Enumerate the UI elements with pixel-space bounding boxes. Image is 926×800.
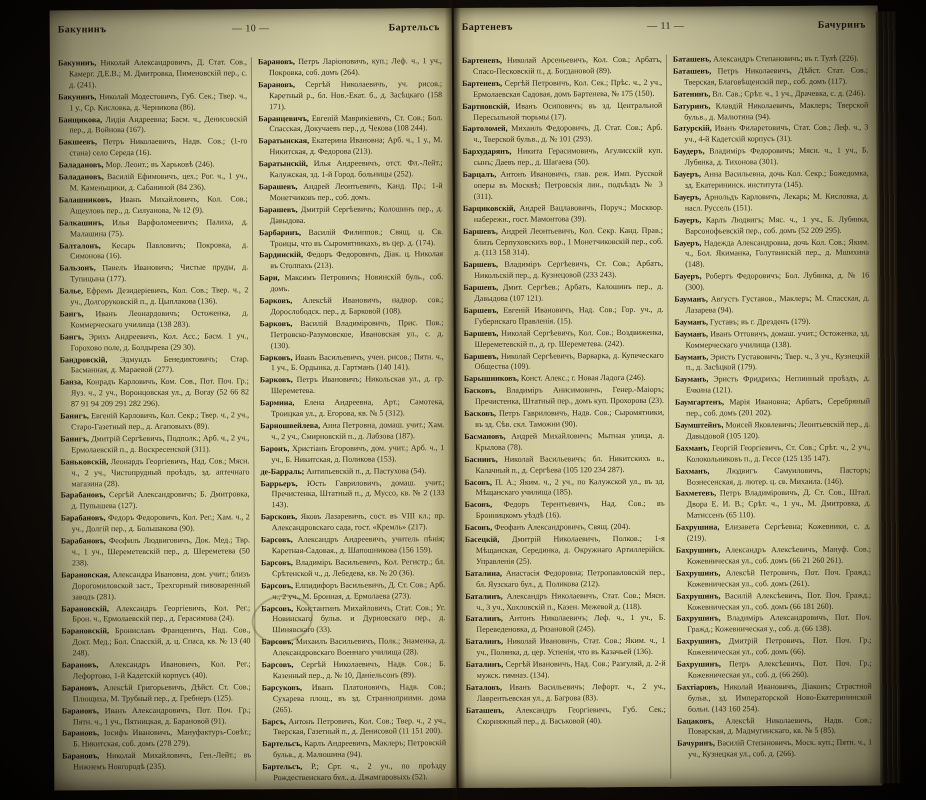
entry-surname: Бартельсъ, — [262, 762, 302, 771]
directory-entry: Барциковскій, Андрей Вацлавовичъ, Поруч.… — [463, 203, 663, 226]
entry-surname: Бацаковъ, — [677, 716, 714, 725]
entry-surname: Бартеневъ, — [462, 56, 502, 65]
right-page-columns: Бартеневъ, Николай Арсеньевичъ, Кол. Сов… — [454, 49, 882, 780]
entry-surname: Батурскій, — [673, 124, 711, 133]
directory-entry: Балье, Ефремъ Дезидеріевичъ, Кол. Сов.; … — [59, 285, 248, 308]
entry-details: Густавъ; въ г. Дрезденъ (179). — [708, 317, 811, 327]
entry-details: Эристъ Фридрихъ; Неглинный проѣздъ, д. Е… — [686, 374, 870, 395]
directory-entry: Бахрушинъ, Петръ Алексѣевичъ, Пот. Поч. … — [677, 659, 872, 682]
entry-surname: Бауманъ, — [674, 295, 708, 304]
entry-details: Владиміръ Федоровичъ; Мясн. ч., 1 уч., Б… — [685, 146, 869, 167]
entry-surname: Баладановъ, — [59, 160, 104, 169]
entry-surname: Бакунинъ, — [58, 58, 96, 67]
directory-entry: Бартеневъ, Николай Арсеньевичъ, Кол. Сов… — [462, 55, 662, 78]
entry-surname: Барсовъ, — [261, 604, 293, 613]
directory-entry: Бахрушина, Елизавета Сергѣевна; Кожевник… — [676, 522, 871, 545]
directory-entry: Барковъ, Алексѣй Ивановичъ, надвор. сов.… — [259, 295, 443, 318]
entry-surname: Баталовъ, — [466, 683, 502, 692]
book-spread: Бакунинъ — 10 — Бартельсъ Бакунинъ, Нико… — [0, 0, 926, 800]
entry-surname: Барковъ, — [260, 375, 293, 384]
directory-entry: Балкашинъ, Илья Варфоломеевичъ; Палиха, … — [59, 217, 248, 240]
entry-surname: Барношвейлева, — [260, 421, 320, 430]
entry-surname: Бауманъ, — [675, 317, 709, 326]
directory-entry: Барбаринъ, Василій Филиппов.; Свящ. ц. С… — [259, 227, 443, 250]
directory-entry: Бацаковъ, Алексѣй Николаевичъ, Надв. Сов… — [677, 715, 872, 738]
entry-surname: Бауманъ, — [675, 329, 709, 338]
directory-entry: де-Барраль; Антипьевскій п., д. Пастухов… — [260, 466, 444, 478]
directory-entry: Балталонъ, Кесарь Павловичъ; Покровка, д… — [59, 240, 248, 263]
entry-details: Александръ Андреевичъ, учитель пѣнія; Ка… — [272, 534, 445, 555]
entry-details: Антонъ Петровичъ, Кол. Сов.; Твер. ч., 2… — [273, 716, 446, 737]
entry-details: Евгеній Ивановичъ, Над. Сов.; Гор. уч., … — [474, 305, 663, 326]
entry-surname: Бахметевъ, — [676, 489, 717, 498]
entry-details: Вл. Сав.; Срѣт. ч., 1 уч., Драчевка, с. … — [710, 88, 865, 98]
right-page-column-1: Бартеневъ, Николай Арсеньевичъ, Кол. Сов… — [460, 55, 670, 780]
directory-entry: Бачуринъ, Василій Степановичъ, Моск. куп… — [677, 738, 872, 761]
entry-details: Ефремъ Дезидеріевичъ, Кол. Сов.; Твер. ч… — [70, 285, 248, 306]
entry-surname: Барановская, — [61, 570, 110, 579]
directory-entry: Барабановъ, Федоръ Федоровичъ, Кол. Рег.… — [61, 513, 250, 536]
directory-entry: Бахтіаровъ, Николай Ивановичъ, Діаконъ; … — [677, 681, 872, 715]
right-page: Бартеневъ — 11 — Бачуринъ Бартеневъ, Ник… — [454, 5, 883, 788]
directory-entry: Барсовъ, Сергѣй Николаевичъ, Надв. Сов.;… — [262, 659, 446, 682]
entry-surname: Банигъ, — [60, 411, 89, 420]
directory-entry: Баррьеръ, Юсть Гавриловичъ, домаш. учит.… — [260, 478, 444, 512]
entry-surname: Бархударянъ, — [462, 147, 511, 156]
entry-details: Николай Ивановичъ, Стат. Сов.; Яким. ч.,… — [477, 636, 666, 657]
entry-surname: Бахрушинъ, — [676, 545, 720, 554]
entry-details: Конрадъ Карловичъ, Ком. Сов., Пот. Поч. … — [71, 377, 249, 409]
entry-surname: Баршевъ, — [463, 283, 498, 292]
entry-surname: Баташевъ, — [673, 66, 711, 75]
entry-details: Николай Модестовичъ, Губ. Сек.; Твер. ч.… — [69, 91, 247, 112]
entry-details: Іосифъ Ивановичъ, Мануфактуръ-Совѣт.; Б.… — [73, 728, 251, 749]
directory-entry: Баталина, Анастасія Федоровна; Петропавл… — [465, 568, 665, 591]
directory-entry: Барышниковъ, Конст. Алекс.; г. Новая Лад… — [464, 373, 664, 385]
directory-entry: Бахманъ, Людвигъ Самуиловичъ, Пасторъ; В… — [675, 465, 870, 488]
entry-details: Анастасія Федоровна; Петропавловскій пер… — [476, 568, 665, 589]
entry-surname: Бахрушина, — [676, 523, 720, 532]
directory-entry: Бакунинъ, Николай Модестовичъ, Губ. Сек.… — [58, 91, 247, 114]
entry-surname: Барцалъ, — [463, 170, 497, 179]
left-page: Бакунинъ — 10 — Бартельсъ Бакунинъ, Нико… — [50, 8, 457, 790]
entry-details: Василій Владиміровичъ, Прис. Пов.; Петро… — [271, 318, 444, 350]
entry-surname: Батенинъ, — [673, 89, 710, 98]
directory-entry: Бахрушинъ, Владиміръ Александровичъ, Пот… — [676, 613, 871, 636]
directory-entry: Бауманъ, Августъ Густавов., Маклеръ; М. … — [674, 294, 869, 317]
entry-surname: Барсъ, — [262, 717, 286, 726]
entry-surname: Баньковскій, — [60, 457, 108, 466]
entry-details: Евгеній Карловичъ, Кол. Секр.; Твер. ч.,… — [71, 410, 249, 431]
directory-entry: Баташевъ, Александръ Степановичъ; въ г. … — [673, 54, 868, 66]
entry-details: Сергѣй Николаевичъ, уч. рисов.; Каретный… — [269, 79, 442, 111]
directory-entry: Барановъ, Петръ Ларіоновичъ, куп.; Леф. … — [258, 56, 442, 79]
directory-entry: Баратынская, Екатерина Ивановна; Арб. ч.… — [258, 135, 442, 158]
directory-entry: Барашевъ, Андрей Леонтьевичъ, Канд. Пр.;… — [259, 181, 443, 204]
directory-entry: Бакшеевъ, Петръ Николаевичъ, Надв. Сов.;… — [58, 137, 247, 160]
directory-entry: Барашевъ, Дмитрій Сергѣевичъ; Колошинъ п… — [259, 204, 443, 227]
entry-surname: Басовъ, — [465, 523, 492, 532]
directory-entry: Баранцевичъ, Евгеній Маврикіевичъ, Ст. С… — [258, 113, 442, 136]
directory-entry: Бахманъ, Георгій Георгіевичъ, Ст. Сов.; … — [675, 442, 870, 465]
entry-surname: Бахтіаровъ, — [677, 682, 719, 691]
directory-entry: Барановскій, Александръ Георгіевичъ, Кол… — [61, 603, 250, 626]
running-head-right: Бартельсъ — [389, 22, 440, 33]
directory-entry: Барсовъ, Владиміръ Васильевичъ, Кол. Рег… — [261, 557, 445, 580]
entry-details: П. А.; Яким. ч., 2 уч., по Калужской ул.… — [476, 476, 665, 497]
entry-details: Клавдій Николаевичъ, Маклеръ; Тверской б… — [684, 100, 868, 121]
entry-surname: Баррьеръ, — [260, 479, 297, 488]
entry-surname: Бартоломей, — [462, 124, 507, 133]
directory-entry: Басковъ, Владиміръ Анисимовичъ, Генер.-М… — [464, 385, 664, 408]
entry-surname: Барсовъ, — [261, 581, 293, 590]
directory-entry: Барцалъ, Антонъ Ивановичъ, глав. реж. Им… — [463, 169, 663, 203]
entry-surname: Барановъ, — [62, 683, 99, 692]
entry-surname: Бакунинъ, — [58, 92, 96, 101]
directory-entry: Баршевъ, Владиміръ Сергѣевичъ, Ст. Сов.;… — [463, 259, 663, 282]
directory-entry: Баньковскій, Леонардъ Георгіевичъ, Над. … — [60, 456, 249, 490]
entry-details: Елена Андреевна, Арт.; Самотека, Троицка… — [271, 397, 444, 418]
directory-entry: Баронъ, Христіанъ Егоровичъ, дом. учит.;… — [260, 443, 444, 466]
entry-surname: Барковъ, — [260, 319, 293, 328]
entry-surname: Бауеръ, — [674, 272, 701, 281]
entry-surname: Басмановъ, — [464, 432, 505, 441]
entry-details: Максимъ Петровичъ; Новинскій буль., соб.… — [270, 272, 443, 293]
entry-details: Александръ Георгіевичъ, Губ. Сек.; Скорн… — [477, 704, 666, 725]
entry-surname: Баснинъ, — [464, 455, 497, 464]
directory-entry: Басовъ, Федоръ Терентьевичъ, Над. Сов.; … — [465, 499, 665, 522]
directory-entry: Барабановъ, Сергѣй Александровичъ; Б. Дм… — [61, 490, 250, 513]
directory-entry: Баршевъ, Николай Сергѣевичъ, Кол. Сов.; … — [464, 328, 664, 351]
entry-details: Людвигъ Самуиловичъ, Пасторъ; Вознесенск… — [686, 465, 870, 486]
entry-surname: Баталина, — [465, 569, 502, 578]
directory-entry: Банза, Конрадъ Карловичъ, Ком. Сов., Пот… — [60, 377, 249, 411]
directory-entry: Бахрушинъ, Василій Алексѣевичъ, Пот. Поч… — [676, 590, 871, 613]
entry-surname: Бармина, — [260, 398, 294, 407]
entry-surname: Бауеръ, — [674, 192, 701, 201]
entry-surname: Барашевъ, — [259, 205, 298, 214]
entry-surname: Бахманъ, — [675, 466, 709, 475]
directory-entry: Бауманъ, Густавъ; въ г. Дрезденъ (179). — [675, 316, 870, 328]
entry-surname: Бауеръ, — [674, 170, 701, 179]
directory-entry: Банщикова, Лидія Андреевна; Басм. ч., Де… — [58, 114, 247, 137]
entry-details: Георгій Георгіевичъ, Ст. Сов.; Срѣт. ч.,… — [686, 442, 870, 463]
directory-entry: Барсовъ, Елпидифоръ Васильевичъ, Д. Ст. … — [261, 580, 445, 603]
directory-entry: Барановъ, Иванъ Александровичъ, Пот. Поч… — [62, 705, 251, 728]
entry-surname: Барановскій, — [61, 604, 109, 613]
entry-details: Николай Сергѣевичъ, Кол. Сов.; Воздвижен… — [475, 328, 664, 349]
directory-entry: Барабановъ, Феофилъ Людвиговичъ, Док. Ме… — [61, 535, 250, 569]
directory-entry: Банигъ, Дмитрій Сергѣевичъ, Подполк.; Ар… — [60, 433, 249, 456]
directory-entry: Бауеръ, Робертъ Федоровичъ; Бол. Лубянка… — [674, 271, 869, 294]
entry-surname: Бартельсъ, — [262, 739, 302, 748]
entry-details: Николай Александровичъ, Д. Стат. Сов., К… — [69, 57, 247, 89]
entry-surname: Баталинъ, — [465, 637, 503, 646]
directory-entry: Балашниковъ, Иванъ Михайловичъ, Кол. Сов… — [59, 194, 248, 217]
entry-details: Николай Сергѣевичъ, Варварка, д. Купечес… — [475, 350, 664, 371]
directory-entry: Бауманъ, Эристъ Фридрихъ; Неглинный проѣ… — [675, 374, 870, 397]
entry-surname: Бахрушинъ, — [676, 568, 720, 577]
entry-surname: Батуринъ, — [673, 101, 710, 110]
entry-surname: Баудеръ, — [673, 147, 704, 156]
directory-entry: Барковъ, Иванъ Васильевичъ, учен. рисов.… — [260, 352, 444, 375]
entry-details: Алексѣй Ивановичъ, надвор. сов.; Доросло… — [270, 295, 443, 316]
entry-details: Николай Васильевичъ; бл. Никитскихъ в., … — [475, 453, 664, 474]
entry-surname: Баладановъ, — [59, 172, 104, 181]
entry-surname: Бартновскій, — [462, 101, 509, 110]
entry-details: Иванъ Леонардовичъ; Остоженка, д. Коммер… — [71, 308, 249, 329]
entry-details: Владиміръ Васильевичъ, Кол. Регистр.; бл… — [272, 557, 445, 578]
entry-details: Августъ Густавов., Маклеръ; М. Спасская,… — [685, 294, 869, 315]
entry-surname: Барашевъ, — [259, 182, 298, 191]
entry-details: Иванъ Александровичъ, Пот. Поч. Гр.; Пят… — [73, 705, 251, 726]
entry-surname: Баронъ, — [260, 444, 289, 453]
page-fore-edge — [876, 11, 901, 783]
entry-surname: Барциковскій, — [463, 203, 516, 212]
directory-entry: Баталовъ, Иванъ Васильевичъ; Лефорт. ч.,… — [466, 682, 666, 705]
directory-entry: Бауеръ, Арнольдъ Карловичъ, Лекарь; М. К… — [674, 191, 869, 214]
entry-surname: Баумштейнъ, — [675, 420, 723, 429]
directory-entry: Бальзонъ, Павелъ Ивановичъ; Чистые пруды… — [59, 263, 248, 286]
left-page-column-1: Бакунинъ, Николай Александровичъ, Д. Ста… — [56, 57, 255, 782]
entry-details: Петръ Гавриловичъ, Надв. Сов.; Сыромятни… — [475, 408, 664, 429]
directory-entry: Бартновскій, Иванъ Осиповичъ; въ зд. Цен… — [462, 100, 662, 123]
directory-entry: Баташевъ, Александръ Георгіевичъ, Губ. С… — [466, 704, 666, 727]
directory-entry: Барановскій, Брониславъ Франценичъ, Над.… — [61, 626, 250, 660]
entry-surname: Бангъ, — [59, 309, 83, 318]
directory-entry: Бандровскій, Эдмундъ Бенедиктовичъ; Стар… — [60, 354, 249, 377]
entry-surname: Баршевъ, — [464, 329, 499, 338]
directory-entry: Барановъ, Алексѣй Григорьевичъ, Дѣйст. С… — [62, 682, 251, 705]
entry-surname: Банщикова, — [58, 115, 102, 124]
directory-entry: Бартоломей, Михаилъ Федоровичъ, Д. Стат.… — [462, 123, 662, 146]
directory-entry: Барковъ, Василій Владиміровичъ, Прис. По… — [260, 318, 444, 352]
entry-details: Алексѣй Николаевичъ, Надв. Сов.; Поварск… — [688, 715, 872, 736]
directory-entry: Бауманъ, Эристъ Густавовичъ; Твер. ч., 3… — [675, 351, 870, 374]
entry-details: Петръ Ларіоновичъ, куп.; Леф. ч., 1 уч.,… — [269, 56, 442, 77]
entry-details: Антонъ Ивановичъ, глав. реж. Имп. Русско… — [474, 169, 663, 201]
entry-details: Иванъ Васильевичъ, учен. рисов.; Пятн. ч… — [271, 352, 444, 373]
entry-details: Дмит. Сергѣев.; Арбатъ, Калошинъ пер., д… — [474, 282, 663, 303]
directory-entry: Бартельсъ, Карлъ Андреевичъ, Маклеръ; Пе… — [262, 738, 446, 761]
directory-entry: Баршевъ, Дмит. Сергѣев.; Арбатъ, Калошин… — [463, 282, 663, 305]
directory-entry: Бархударянъ, Никита Герасимовичъ, Агулис… — [462, 146, 662, 169]
directory-entry: Бангъ, Эрихъ Андреевичъ, Кол. Асс.; Басм… — [60, 331, 249, 354]
entry-details: Петръ Николаевичъ, Надв. Сов.; (1-го ста… — [69, 137, 247, 158]
entry-surname: Балье, — [59, 286, 83, 295]
entry-surname: Банза, — [60, 378, 83, 387]
entry-surname: Баталинъ, — [465, 614, 503, 623]
entry-surname: Барабановъ, — [61, 513, 106, 522]
directory-entry: Барсковъ, Яковъ Лазаревичъ, сост. въ VII… — [261, 511, 445, 534]
right-page-column-2: Баташевъ, Александръ Степановичъ; въ г. … — [666, 53, 876, 778]
directory-entry: Бауеръ, Надежда Александровна, дочь Кол.… — [674, 237, 869, 271]
directory-entry: Бахметевъ, Петръ Владиміровичъ, Д. Ст. С… — [676, 488, 871, 522]
left-page-column-2: Барановъ, Петръ Ларіоновичъ, куп.; Леф. … — [251, 56, 450, 781]
entry-details: Федоръ Терентьевичъ, Над. Сов.; въ Бронн… — [476, 499, 665, 520]
entry-surname: Балталонъ, — [59, 241, 101, 250]
entry-surname: Бахрушинъ, — [676, 614, 720, 623]
entry-surname: Барышниковъ, — [464, 374, 519, 383]
entry-details: Эристъ Густавовичъ; Твер. ч., 3 уч., Куз… — [686, 351, 870, 372]
directory-entry: Банигъ, Евгеній Карловичъ, Кол. Секр.; Т… — [60, 410, 249, 433]
entry-details: Конст. Алекс.; г. Новая Ладога (246). — [519, 373, 646, 383]
entry-surname: Бачуринъ, — [677, 739, 715, 748]
entry-details: Арнольдъ Карловичъ, Лекарь; М. Кисловка,… — [685, 191, 869, 212]
directory-entry: Басовъ, П. А.; Яким. ч., 2 уч., по Калуж… — [464, 476, 664, 499]
directory-entry: Баумгартенъ, Марія Ивановна; Арбатъ, Сер… — [675, 397, 870, 420]
entry-details: Петръ Ивановичъ; Никольская ул., д. гр. … — [271, 374, 444, 395]
entry-details: Петръ Николаевичъ, Дѣйст. Стат. Сов.; Тв… — [684, 65, 868, 86]
entry-details: Дмитрій Сергѣевичъ, Подполк.; Арб. ч., 2… — [71, 433, 249, 454]
directory-entry: Барсъ, Антонъ Петровичъ, Кол. Сов.; Твер… — [262, 716, 446, 739]
entry-details: Мор. Леонт.; въ Харьковѣ (246). — [104, 160, 215, 170]
entry-surname: Басковъ, — [464, 386, 496, 395]
directory-entry: Бакунинъ, Николай Александровичъ, Д. Ста… — [58, 57, 247, 91]
entry-surname: Барановъ, — [62, 729, 99, 738]
entry-surname: Баташевъ, — [466, 705, 504, 714]
entry-details: Робертъ Федоровичъ; Бол. Лубянка, д. № 1… — [685, 271, 869, 292]
entry-surname: Баратынскій, — [259, 159, 308, 168]
entry-surname: Бандровскій, — [60, 355, 108, 364]
entry-surname: Бальзонъ, — [59, 264, 96, 273]
entry-surname: Балашниковъ, — [59, 195, 112, 204]
entry-surname: де-Барраль; — [260, 467, 304, 476]
entry-details: Михаилъ Васильевичъ, Полк.; Знаменка, д.… — [273, 636, 446, 657]
directory-entry: Батенинъ, Вл. Сав.; Срѣт. ч., 1 уч., Дра… — [673, 88, 868, 100]
entry-details: Юсть Гавриловичъ, домаш. учит.; Пречисте… — [272, 478, 445, 510]
directory-entry: Барановская, Александра Ивановна, дом. у… — [61, 569, 250, 603]
directory-entry: Бауеръ, Анна Васильевна, дочь Кол. Секр.… — [674, 169, 869, 192]
directory-entry: Баташевъ, Петръ Николаевичъ, Дѣйст. Стат… — [673, 65, 868, 88]
entry-surname: Баумгартенъ, — [675, 398, 724, 407]
directory-entry: Бахрушинъ, Алексѣй Петровичъ, Пот. Поч. … — [676, 567, 871, 590]
entry-surname: Барковъ, — [260, 353, 293, 362]
entry-surname: Бауеръ, — [674, 238, 701, 247]
entry-surname: Баршевъ, — [463, 260, 498, 269]
entry-details: Василій Степановичъ, Моск. куп.; Пятн. ч… — [688, 738, 872, 759]
entry-surname: Бартеневъ, — [462, 79, 502, 88]
entry-surname: Барковъ, — [259, 296, 292, 305]
entry-details: Христіанъ Егоровичъ, дом. учит.; Арб. ч.… — [271, 443, 444, 464]
entry-surname: Бахрушинъ, — [677, 659, 721, 668]
directory-entry: Бауеръ, Карлъ Людвигъ; Мяс. ч., 1 уч., Б… — [674, 214, 869, 237]
directory-entry: Бахрушинъ, Дмитрій Петровичъ, Пот. Поч. … — [676, 636, 871, 659]
directory-entry: Батуринъ, Клавдій Николаевичъ, Маклеръ; … — [673, 100, 868, 123]
entry-surname: Баршевъ, — [463, 226, 498, 235]
entry-surname: Барановъ, — [62, 706, 99, 715]
entry-surname: Барсовъ, — [261, 637, 293, 646]
directory-entry: Баснинъ, Николай Васильевичъ; бл. Никитс… — [464, 453, 664, 476]
entry-surname: Бахрушинъ, — [676, 591, 720, 600]
directory-entry: Бахрушинъ, Александръ Алексѣевичъ, Мануф… — [676, 544, 871, 567]
entry-details: Иванъ Васильевичъ; Лефорт. ч., 2 уч., Ла… — [477, 682, 666, 703]
directory-entry: Барсовъ, Константинъ Михайловичъ, Стат. … — [261, 603, 445, 637]
entry-surname: Бари, — [259, 273, 279, 282]
entry-surname: Барановскій, — [61, 626, 109, 635]
entry-surname: Барсовъ, — [262, 660, 294, 669]
directory-entry: Бардинскій, Федоръ Федоровичъ, Діак. ц. … — [259, 250, 443, 273]
entry-details: Константинъ Михайловичъ, Стат. Сов.; Уг.… — [272, 603, 445, 635]
directory-entry: Бари, Максимъ Петровичъ; Новинскій буль.… — [259, 272, 443, 295]
directory-entry: Баладановъ, Василій Ефимовичъ, цех.; Рог… — [59, 171, 248, 194]
entry-surname: Барановъ, — [62, 660, 99, 669]
entry-surname: Бахманъ, — [675, 443, 709, 452]
directory-entry: Бармина, Елена Андреевна, Арт.; Самотека… — [260, 397, 444, 420]
directory-entry: Барсуковъ, Иванъ Платоновичъ, Надв. Сов.… — [262, 682, 446, 716]
entry-details: Надежда Александровна, дочь Кол. Сов.; Я… — [685, 237, 869, 269]
entry-details: Николай Арсеньевичъ, Кол. Сов.; Арбатъ, … — [473, 55, 662, 76]
entry-details: Владиміръ Анисимовичъ, Генер.-Маіоръ; Пр… — [475, 385, 664, 406]
entry-details: Владиміръ Сергѣевичъ, Ст. Сов.; Арбатъ, … — [474, 259, 663, 280]
entry-surname: Бакшеевъ, — [58, 138, 97, 147]
directory-entry: Баумштейнъ, Моисей Яковлевичъ; Леонтьевс… — [675, 420, 870, 443]
directory-entry: Баршевъ, Николай Сергѣевичъ, Варварка, д… — [464, 350, 664, 373]
entry-surname: Барсовъ, — [261, 535, 293, 544]
entry-details: Александръ Ивановичъ, Кол. Рег.; Лефорто… — [73, 659, 251, 680]
entry-surname: Бахрушинъ, — [676, 637, 720, 646]
entry-surname: Баталинъ, — [465, 591, 503, 600]
directory-entry: Бауманъ, Иванъ Оттовичъ, домаш. учит.; О… — [675, 328, 870, 351]
entry-surname: Баранцевичъ, — [258, 113, 309, 122]
entry-details: Андрей Леонтьевичъ, Кол. Секр. Канд. Пра… — [474, 225, 663, 257]
page-number: — 11 — — [454, 19, 878, 33]
entry-surname: Барабановъ, — [61, 491, 106, 500]
directory-entry: Баталинъ, Александръ Николаевичъ, Стат. … — [465, 590, 665, 613]
left-page-columns: Бакунинъ, Николай Александровичъ, Д. Ста… — [50, 52, 456, 782]
running-head-right: Бачуринъ — [818, 20, 866, 31]
entry-details: Александръ Николаевичъ, Стат. Сов.; Мясн… — [476, 590, 665, 611]
directory-entry: Батурскій, Иванъ Филаретовичъ, Стат. Сов… — [673, 123, 868, 146]
directory-entry: Баратынскій, Илья Андреевичъ, отст. Фл.-… — [259, 158, 443, 181]
entry-surname: Басовъ, — [465, 500, 492, 509]
entry-details: Яковъ Лазаревичъ, сост. въ VIII кл.; пр.… — [272, 511, 445, 532]
entry-surname: Баталинъ, — [466, 660, 504, 669]
entry-details: Павелъ Ивановичъ; Чистые пруды, д. Тупиц… — [70, 263, 248, 284]
directory-entry: Баталинъ, Николай Ивановичъ, Стат. Сов.;… — [465, 636, 665, 659]
entry-surname: Бангъ, — [60, 332, 84, 341]
entry-surname: Баршевъ, — [463, 306, 498, 315]
directory-entry: Бангъ, Иванъ Леонардовичъ; Остоженка, д.… — [59, 308, 248, 331]
entry-details: Дмитрій Николаевичъ, Полков.; 1-я Мѣщанс… — [476, 534, 665, 566]
directory-entry: Баталинъ, Сергѣй Ивановичъ, Над. Сов.; Р… — [466, 659, 666, 682]
right-page-header: Бартеневъ — 11 — Бачуринъ — [454, 5, 878, 52]
entry-details: Сергѣй Николаевичъ, Надв. Сов.; Б. Казен… — [273, 659, 446, 680]
directory-entry: Басковъ, Петръ Гавриловичъ, Надв. Сов.; … — [464, 408, 664, 431]
directory-entry: Барановъ, Іосифъ Ивановичъ, Мануфактуръ-… — [62, 728, 251, 751]
entry-details: Антипьевскій п., д. Пастухова (54). — [304, 466, 426, 476]
entry-surname: Банигъ, — [60, 434, 89, 443]
directory-entry: Барсовъ, Михаилъ Васильевичъ, Полк.; Зна… — [261, 636, 445, 659]
directory-entry: Барановъ, Сергѣй Николаевичъ, уч. рисов.… — [258, 79, 442, 113]
directory-entry: Баудеръ, Владиміръ Федоровичъ; Мясн. ч.,… — [673, 146, 868, 169]
directory-entry: Бартельсъ, Р.; Срт. ч., 2 уч., по проѣзд… — [262, 761, 446, 781]
entry-details: Алексѣй Григорьевичъ, Дѣйст. Ст. Сов.; П… — [73, 682, 251, 703]
entry-surname: Бауеръ, — [674, 215, 701, 224]
entry-details: Сергѣй Ивановичъ, Над. Сов.; Разгуляй, д… — [477, 659, 666, 680]
entry-details: Иванъ Оттовичъ, домаш. учит.; Остоженка,… — [686, 328, 870, 349]
directory-entry: Барановъ, Александръ Ивановичъ, Кол. Рег… — [62, 659, 251, 682]
entry-details: Антонъ Николаевичъ; Леф. ч., 1 уч., Б. П… — [476, 613, 665, 634]
directory-entry: Барношвейлева, Анна Петровна, домаш. учи… — [260, 420, 444, 443]
directory-entry: Барсовъ, Александръ Андреевичъ, учитель … — [261, 534, 445, 557]
entry-surname: Барабановъ, — [61, 536, 106, 545]
entry-surname: Бауманъ, — [675, 352, 709, 361]
entry-surname: Барановъ, — [62, 752, 99, 761]
entry-surname: Бауманъ, — [675, 375, 709, 384]
entry-details: Александръ Степановичъ; въ г. Тулѣ (226)… — [711, 54, 858, 64]
entry-surname: Баташевъ, — [673, 54, 711, 63]
